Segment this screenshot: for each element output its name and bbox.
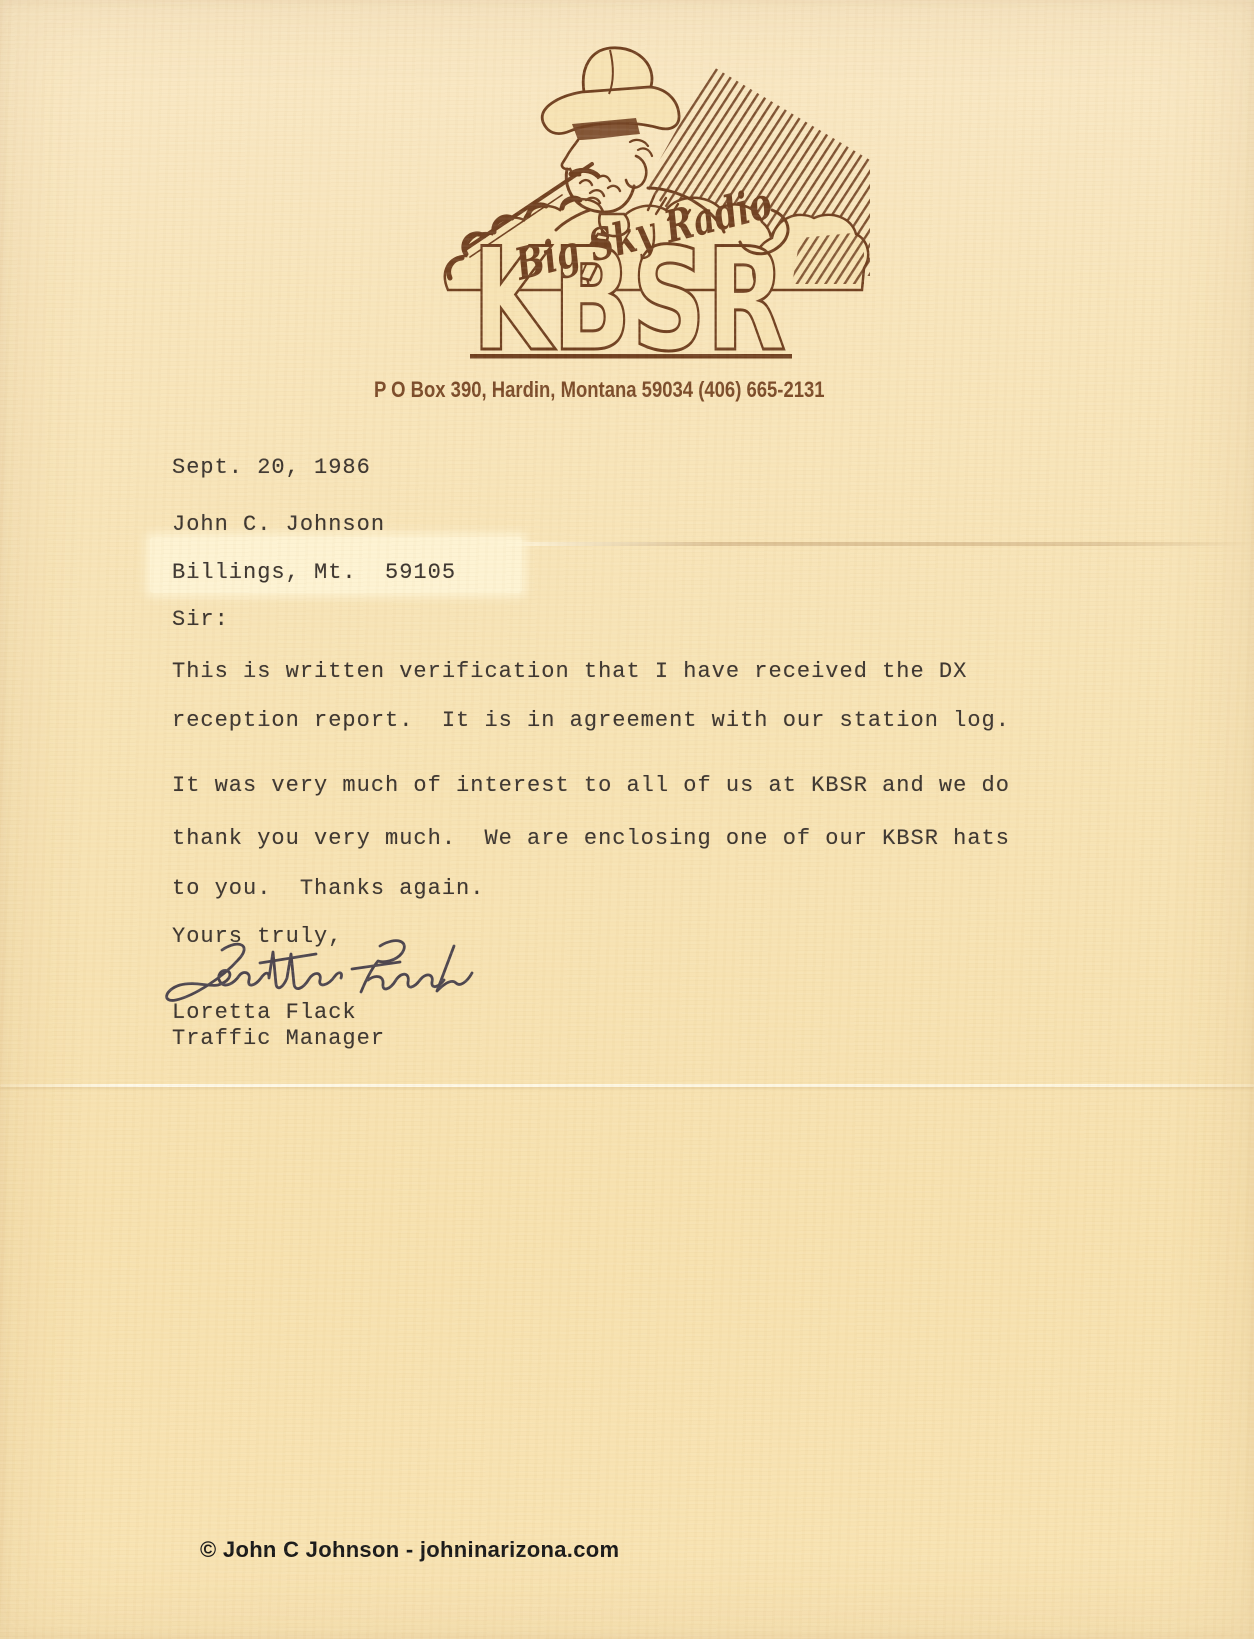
- body-line: It was very much of interest to all of u…: [172, 773, 1010, 799]
- scanned-letter-page: KBSR Big Sky Radio P O Box 390, Hardin, …: [0, 0, 1254, 1639]
- salutation: Sir:: [172, 607, 229, 633]
- recipient-city: Billings, Mt. 59105: [172, 560, 456, 586]
- kbsr-logo: KBSR Big Sky Radio: [440, 38, 870, 368]
- recipient-name: John C. Johnson: [172, 512, 385, 538]
- fold-crease-upper: [488, 542, 1254, 546]
- fold-crease-lower: [0, 1084, 1254, 1087]
- letterhead-address: P O Box 390, Hardin, Montana 59034 (406)…: [374, 377, 825, 403]
- logo-underline: [470, 354, 792, 359]
- body-line: reception report. It is in agreement wit…: [172, 708, 1010, 734]
- body-line: thank you very much. We are enclosing on…: [172, 826, 1010, 852]
- signature-handwriting: [156, 938, 501, 1010]
- letter-date: Sept. 20, 1986: [172, 455, 371, 481]
- copyright-credit: © John C Johnson - johninarizona.com: [200, 1537, 619, 1563]
- cloud-hatch: [792, 232, 864, 284]
- body-line: This is written verification that I have…: [172, 659, 967, 685]
- body-line: to you. Thanks again.: [172, 876, 484, 902]
- typed-signer-title: Traffic Manager: [172, 1026, 385, 1052]
